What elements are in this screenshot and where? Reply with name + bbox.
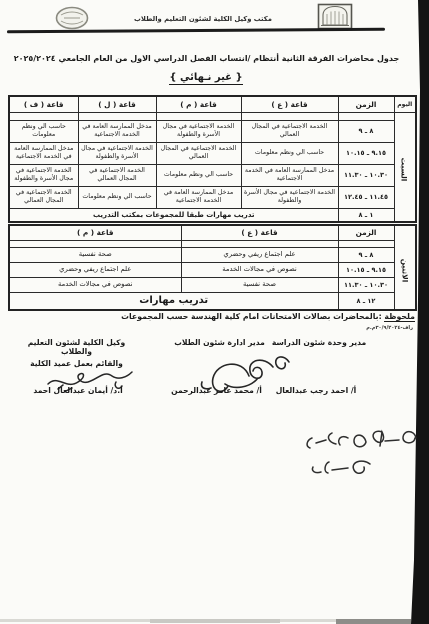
- vice-dean-title-line2: والقائم بعمل عميد الكلية: [14, 359, 139, 368]
- schedule-row: ٩.١٥ ـ ١٠.١٥ حاسب الي ونظم معلومات الخدم…: [9, 142, 416, 164]
- time-cell: ١ ـ ٨: [338, 208, 394, 222]
- signature-name-student-affairs: أ/ محمد عامر عبدالرحمن: [164, 386, 269, 395]
- university-emblem-icon: [317, 3, 353, 30]
- spacer-row: السبت: [9, 112, 416, 120]
- schedule-row: ٨ ـ ٩ الخدمة الاجتماعية في المجال العمال…: [9, 120, 416, 142]
- note-text: :بالمحاضرات بصالات الامتحانات امام كلية …: [121, 312, 384, 321]
- note-label: ملحوظة: [384, 312, 415, 322]
- status-note: { غير نـهائي }: [0, 72, 412, 83]
- subject-cell: الخدمة الاجتماعية في المجال العمالي: [241, 120, 338, 142]
- table-header-row: الاثنين الزمن قاعة ( ع ) قاعة ( م ): [9, 225, 416, 240]
- time-cell: ١١.٤٥ ـ ١٢.٤٥: [338, 186, 394, 208]
- subject-cell: مدخل الممارسة العامة في الخدمة الاجتماعي…: [78, 120, 156, 142]
- subject-cell: حاسب الي ونظم معلومات: [9, 120, 78, 142]
- time-cell: ١٢ ـ ٨: [338, 292, 394, 310]
- reference-code: راف-٣٠/٩/٢٠٢٤م.م: [366, 325, 413, 331]
- signature-title-student-affairs: مدير ادارة شئون الطلاب: [162, 338, 277, 347]
- spacer-cell: [78, 112, 156, 120]
- vice-dean-title-line1: وكيل الكلية لشئون التعليم والطلاب: [14, 338, 139, 356]
- subject-cell: مدخل الممارسة العامة في الخدمة الاجتماعي…: [9, 142, 78, 164]
- subject-cell: مدخل الممارسة العامة في الخدمة الاجتماعي…: [156, 186, 241, 208]
- training-cell: تدريب مهارات طبقا للمجموعات بمكتب التدري…: [9, 208, 338, 222]
- subject-cell: حاسب الي ونظم معلومات: [78, 186, 156, 208]
- time-cell: ١٠.٣٠ ـ ١١.٣٠: [338, 164, 394, 186]
- table-header-row: اليوم الزمن قاعة ( ع ) قاعة ( م ) قاعة (…: [9, 96, 416, 112]
- subject-cell: الخدمة الاجتماعية في مجال الأسرة والطفول…: [78, 142, 156, 164]
- office-title: مكتب وكيل الكلية لشئون التعليم والطلاب: [128, 15, 278, 23]
- spacer-cell: [9, 112, 78, 120]
- subject-cell: نصوص في مجالات الخدمة: [9, 277, 181, 292]
- signature-name-vice-dean: أ.د/ أيمان عبدالعال احمد: [18, 386, 138, 395]
- col-header-time: الزمن: [338, 225, 394, 240]
- col-header-hall-a: قاعة ( ع ): [181, 225, 338, 240]
- subject-cell: علم اجتماع ريفي وحضري: [9, 262, 181, 277]
- time-cell: ٩.١٥ ـ ١٠.١٥: [338, 262, 394, 277]
- day-label: الاثنين: [400, 259, 409, 283]
- subject-cell: علم اجتماع ريفي وحضري: [181, 247, 338, 262]
- subject-cell: حاسب الي ونظم معلومات: [241, 142, 338, 164]
- schedule-title: جدول محاضرات الفرقة الثانية أنتظام /انتس…: [4, 54, 409, 63]
- col-header-hall-f: قاعة ( ف ): [9, 96, 78, 112]
- time-cell: ٩.١٥ ـ ١٠.١٥: [338, 142, 394, 164]
- training-row: ١ ـ ٨ تدريب مهارات طبقا للمجموعات بمكتب …: [9, 208, 416, 222]
- col-header-hall-l: قاعة ( ل ): [78, 96, 156, 112]
- schedule-row: ١١.٤٥ ـ ١٢.٤٥ الخدمة الاجتماعية في مجال …: [9, 186, 416, 208]
- time-cell: ٨ ـ ٩: [338, 120, 394, 142]
- status-note-text: { غير نـهائي }: [169, 72, 242, 85]
- spacer-cell: [241, 112, 338, 120]
- saturday-schedule-table: اليوم الزمن قاعة ( ع ) قاعة ( م ) قاعة (…: [8, 95, 417, 223]
- schedule-row: ١٠.٣٠ ـ ١١.٣٠ صحة نفسية نصوص في مجالات ا…: [9, 277, 416, 292]
- signature-title-vice-dean: وكيل الكلية لشئون التعليم والطلاب والقائ…: [14, 338, 139, 368]
- scanned-schedule-page: مكتب وكيل الكلية لشئون التعليم والطلاب ج…: [0, 0, 429, 624]
- signature-name-study-unit: أ/ احمد رجب عبدالعال: [261, 386, 371, 395]
- training-cell: تدريب مهارات: [9, 292, 338, 310]
- subject-cell: صحة نفسية: [181, 277, 338, 292]
- col-header-hall-a: قاعة ( ع ): [241, 96, 338, 112]
- scan-bottom-strip: [336, 619, 411, 624]
- schedule-row: ١٠.٣٠ ـ ١١.٣٠ مدخل الممارسة العامة في ال…: [9, 164, 416, 186]
- time-cell: ٨ ـ ٩: [338, 247, 394, 262]
- spacer-cell: [156, 112, 241, 120]
- col-header-hall-m: قاعة ( م ): [156, 96, 241, 112]
- oval-stamp-icon: [55, 6, 89, 30]
- day-label: السبت: [400, 158, 409, 182]
- subject-cell: الخدمة الاجتماعية في المجال العمالي: [9, 186, 78, 208]
- col-header-day: اليوم: [394, 96, 416, 112]
- spacer-cell: [338, 112, 394, 120]
- subject-cell: صحة نفسية: [9, 247, 181, 262]
- subject-cell: مدخل الممارسة العامة في الخدمة الاجتماعي…: [241, 164, 338, 186]
- day-cell: السبت: [394, 112, 416, 222]
- subject-cell: حاسب الي ونظم معلومات: [156, 164, 241, 186]
- time-cell: ١٠.٣٠ ـ ١١.٣٠: [338, 277, 394, 292]
- spacer-cell: [9, 240, 181, 247]
- signature-title-study-unit: مدير وحدة شئون الدراسة: [259, 338, 379, 347]
- schedule-row: ٨ ـ ٩ علم اجتماع ريفي وحضري صحة نفسية: [9, 247, 416, 262]
- subject-cell: نصوص في مجالات الخدمة: [181, 262, 338, 277]
- day-cell: الاثنين: [394, 225, 416, 310]
- spacer-cell: [338, 240, 394, 247]
- col-header-time: الزمن: [338, 96, 394, 112]
- subject-cell: الخدمة الاجتماعية في مجال الأسرة والطفول…: [241, 186, 338, 208]
- note-line: ملحوظة :بالمحاضرات بصالات الامتحانات اما…: [121, 312, 415, 321]
- spacer-row: [9, 240, 416, 247]
- col-header-hall-m: قاعة ( م ): [9, 225, 181, 240]
- schedule-row: ٩.١٥ ـ ١٠.١٥ نصوص في مجالات الخدمة علم ا…: [9, 262, 416, 277]
- subject-cell: الخدمة الاجتماعية في المجال العمالي: [156, 142, 241, 164]
- subject-cell: الخدمة الاجتماعية في مجال الأسرة والطفول…: [9, 164, 78, 186]
- subject-cell: الخدمة الاجتماعية في المجال العمالي: [78, 164, 156, 186]
- scan-bottom-strip: [150, 619, 280, 623]
- handwritten-note: [298, 424, 420, 483]
- spacer-cell: [181, 240, 338, 247]
- training-row: ١٢ ـ ٨ تدريب مهارات: [9, 292, 416, 310]
- subject-cell: الخدمة الاجتماعية في مجال الأسرة والطفول…: [156, 120, 241, 142]
- monday-schedule-table: الاثنين الزمن قاعة ( ع ) قاعة ( م ) ٨ ـ …: [8, 224, 417, 311]
